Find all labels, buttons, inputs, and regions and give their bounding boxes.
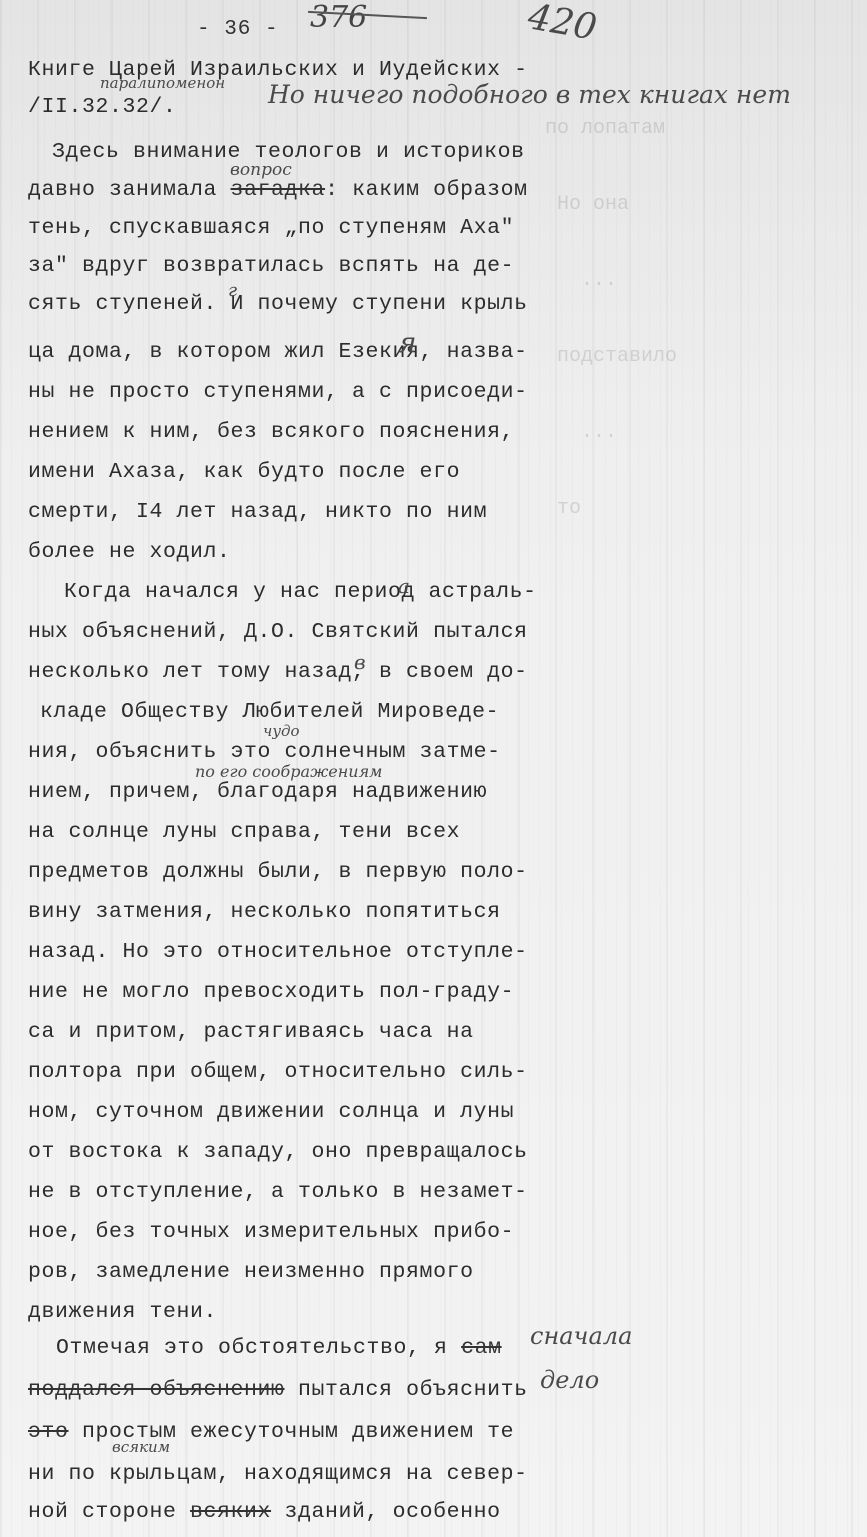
- archive-number: 420: [525, 0, 600, 49]
- line-text: пытался объяснить: [285, 1378, 528, 1402]
- typed-line: поддался объяснению пытался объяснить: [28, 1378, 528, 1402]
- handwritten-note: а: [398, 574, 410, 598]
- typed-line: несколько лет тому назад, в своем до-: [28, 660, 528, 684]
- line-text: смерти, I4 лет назад, никто по ним: [28, 500, 487, 524]
- typed-line: движения тени.: [28, 1300, 217, 1324]
- handwritten-note: вопрос: [230, 160, 292, 180]
- line-text: ных объяснений, Д.О. Святский пытался: [28, 620, 528, 644]
- line-text: ние не могло превосходить пол-граду-: [28, 980, 514, 1004]
- typed-line: давно занимала загадка: каким образом: [28, 178, 528, 202]
- handwritten-note: паралипоменон: [100, 74, 225, 92]
- line-text: зданий, особенно: [271, 1500, 501, 1524]
- typed-line: назад. Но это относительное отступле-: [28, 940, 528, 964]
- handwritten-note: по его соображениям: [195, 762, 382, 781]
- handwritten-note: дело: [540, 1366, 599, 1394]
- line-text: движения тени.: [28, 1300, 217, 1324]
- struck-through-text: загадка: [231, 178, 326, 202]
- line-text: имени Ахаза, как будто после его: [28, 460, 460, 484]
- typed-line: ни по крыльцам, находящимся на север-: [28, 1462, 528, 1486]
- line-text: несколько лет тому назад, в своем до-: [28, 660, 528, 684]
- line-text: ное, без точных измерительных прибо-: [28, 1220, 514, 1244]
- typed-line: кладе Обществу Любителей Мироведе-: [40, 700, 499, 724]
- typed-line: ных объяснений, Д.О. Святский пытался: [28, 620, 528, 644]
- typed-line: ном, суточном движении солнца и луны: [28, 1100, 514, 1124]
- typed-line: ца дома, в котором жил Езекия, назва-: [28, 340, 528, 364]
- line-text: давно занимала: [28, 178, 231, 202]
- line-text: нением к ним, без всякого пояснения,: [28, 420, 514, 444]
- line-text: ца дома, в котором жил Езекия, назва-: [28, 340, 528, 364]
- handwritten-note: сначала: [530, 1322, 632, 1350]
- page-number: - 36 -: [197, 18, 279, 41]
- line-text: кладе Обществу Любителей Мироведе-: [40, 700, 499, 724]
- typed-line: за" вдруг возвратилась вспять на де-: [28, 254, 514, 278]
- handwritten-note: я: [398, 326, 417, 359]
- line-text: полтора при общем, относительно силь-: [28, 1060, 528, 1084]
- line-text: сять ступеней. И почему ступени крыль: [28, 292, 528, 316]
- typed-line: сять ступеней. И почему ступени крыль: [28, 292, 528, 316]
- struck-through-text: сам: [461, 1336, 502, 1360]
- typed-line: не в отступление, а только в незамет-: [28, 1180, 528, 1204]
- line-text: предметов должны были, в первую поло-: [28, 860, 528, 884]
- typed-line: са и притом, растягиваясь часа на: [28, 1020, 474, 1044]
- line-text: са и притом, растягиваясь часа на: [28, 1020, 474, 1044]
- typed-line: ров, замедление неизменно прямого: [28, 1260, 474, 1284]
- line-text: за" вдруг возвратилась вспять на де-: [28, 254, 514, 278]
- scanned-page: по лопатам Но она ... подставило ... то …: [0, 0, 867, 1537]
- typed-line: от востока к западу, оно превращалось: [28, 1140, 528, 1164]
- line-text: ной стороне: [28, 1500, 190, 1524]
- line-text: ни по крыльцам, находящимся на север-: [28, 1462, 528, 1486]
- typed-line: это простым ежесуточным движением те: [28, 1420, 514, 1444]
- typed-line: ное, без точных измерительных прибо-: [28, 1220, 514, 1244]
- line-text: от востока к западу, оно превращалось: [28, 1140, 528, 1164]
- line-text: Отмечая это обстоятельство, я: [56, 1336, 461, 1360]
- typed-line: нием, причем, благодаря надвижению: [28, 780, 487, 804]
- struck-through-text: это: [28, 1420, 69, 1444]
- line-text: нием, причем, благодаря надвижению: [28, 780, 487, 804]
- struck-through-text: всяких: [190, 1500, 271, 1524]
- line-text: вину затмения, несколько попятиться: [28, 900, 501, 924]
- typed-line: вину затмения, несколько попятиться: [28, 900, 501, 924]
- typed-line: нением к ним, без всякого пояснения,: [28, 420, 514, 444]
- typed-line: ной стороне всяких зданий, особенно: [28, 1500, 501, 1524]
- typed-line: предметов должны были, в первую поло-: [28, 860, 528, 884]
- line-text: не в отступление, а только в незамет-: [28, 1180, 528, 1204]
- struck-old-page-number: 376: [310, 0, 367, 35]
- line-text: : каким образом: [325, 178, 528, 202]
- handwritten-note: в: [354, 650, 366, 674]
- typed-line: смерти, I4 лет назад, никто по ним: [28, 500, 487, 524]
- handwritten-note: г: [228, 280, 237, 301]
- handwritten-note: Но ничего подобного в тех книгах нет: [268, 80, 791, 109]
- typed-line: тень, спускавшаяся „по ступеням Аха": [28, 216, 514, 240]
- struck-through-text: поддался объяснению: [28, 1378, 285, 1402]
- line-text: более не ходил.: [28, 540, 231, 564]
- line-text: ров, замедление неизменно прямого: [28, 1260, 474, 1284]
- typed-line: Когда начался у нас период астраль-: [64, 580, 537, 604]
- line-text: /II.32.32/.: [28, 95, 177, 119]
- typed-line: полтора при общем, относительно силь-: [28, 1060, 528, 1084]
- handwritten-note: чудо: [263, 722, 300, 740]
- line-text: на солнце луны справа, тени всех: [28, 820, 460, 844]
- typed-line: ния, объяснить это солнечным затме-: [28, 740, 501, 764]
- typed-line: на солнце луны справа, тени всех: [28, 820, 460, 844]
- typed-line: имени Ахаза, как будто после его: [28, 460, 460, 484]
- typed-line: /II.32.32/.: [28, 95, 177, 119]
- typed-line: ние не могло превосходить пол-граду-: [28, 980, 514, 1004]
- line-text: назад. Но это относительное отступле-: [28, 940, 528, 964]
- typed-line: Отмечая это обстоятельство, я сам: [56, 1336, 502, 1360]
- bleed-through-text: по лопатам Но она ... подставило ... то: [545, 110, 845, 1310]
- line-text: ном, суточном движении солнца и луны: [28, 1100, 514, 1124]
- line-text: ния, объяснить это солнечным затме-: [28, 740, 501, 764]
- handwritten-note: всяким: [112, 1438, 170, 1456]
- typed-line: ны не просто ступенями, а с присоеди-: [28, 380, 528, 404]
- typed-line: более не ходил.: [28, 540, 231, 564]
- line-text: тень, спускавшаяся „по ступеням Аха": [28, 216, 514, 240]
- line-text: ны не просто ступенями, а с присоеди-: [28, 380, 528, 404]
- line-text: Когда начался у нас период астраль-: [64, 580, 537, 604]
